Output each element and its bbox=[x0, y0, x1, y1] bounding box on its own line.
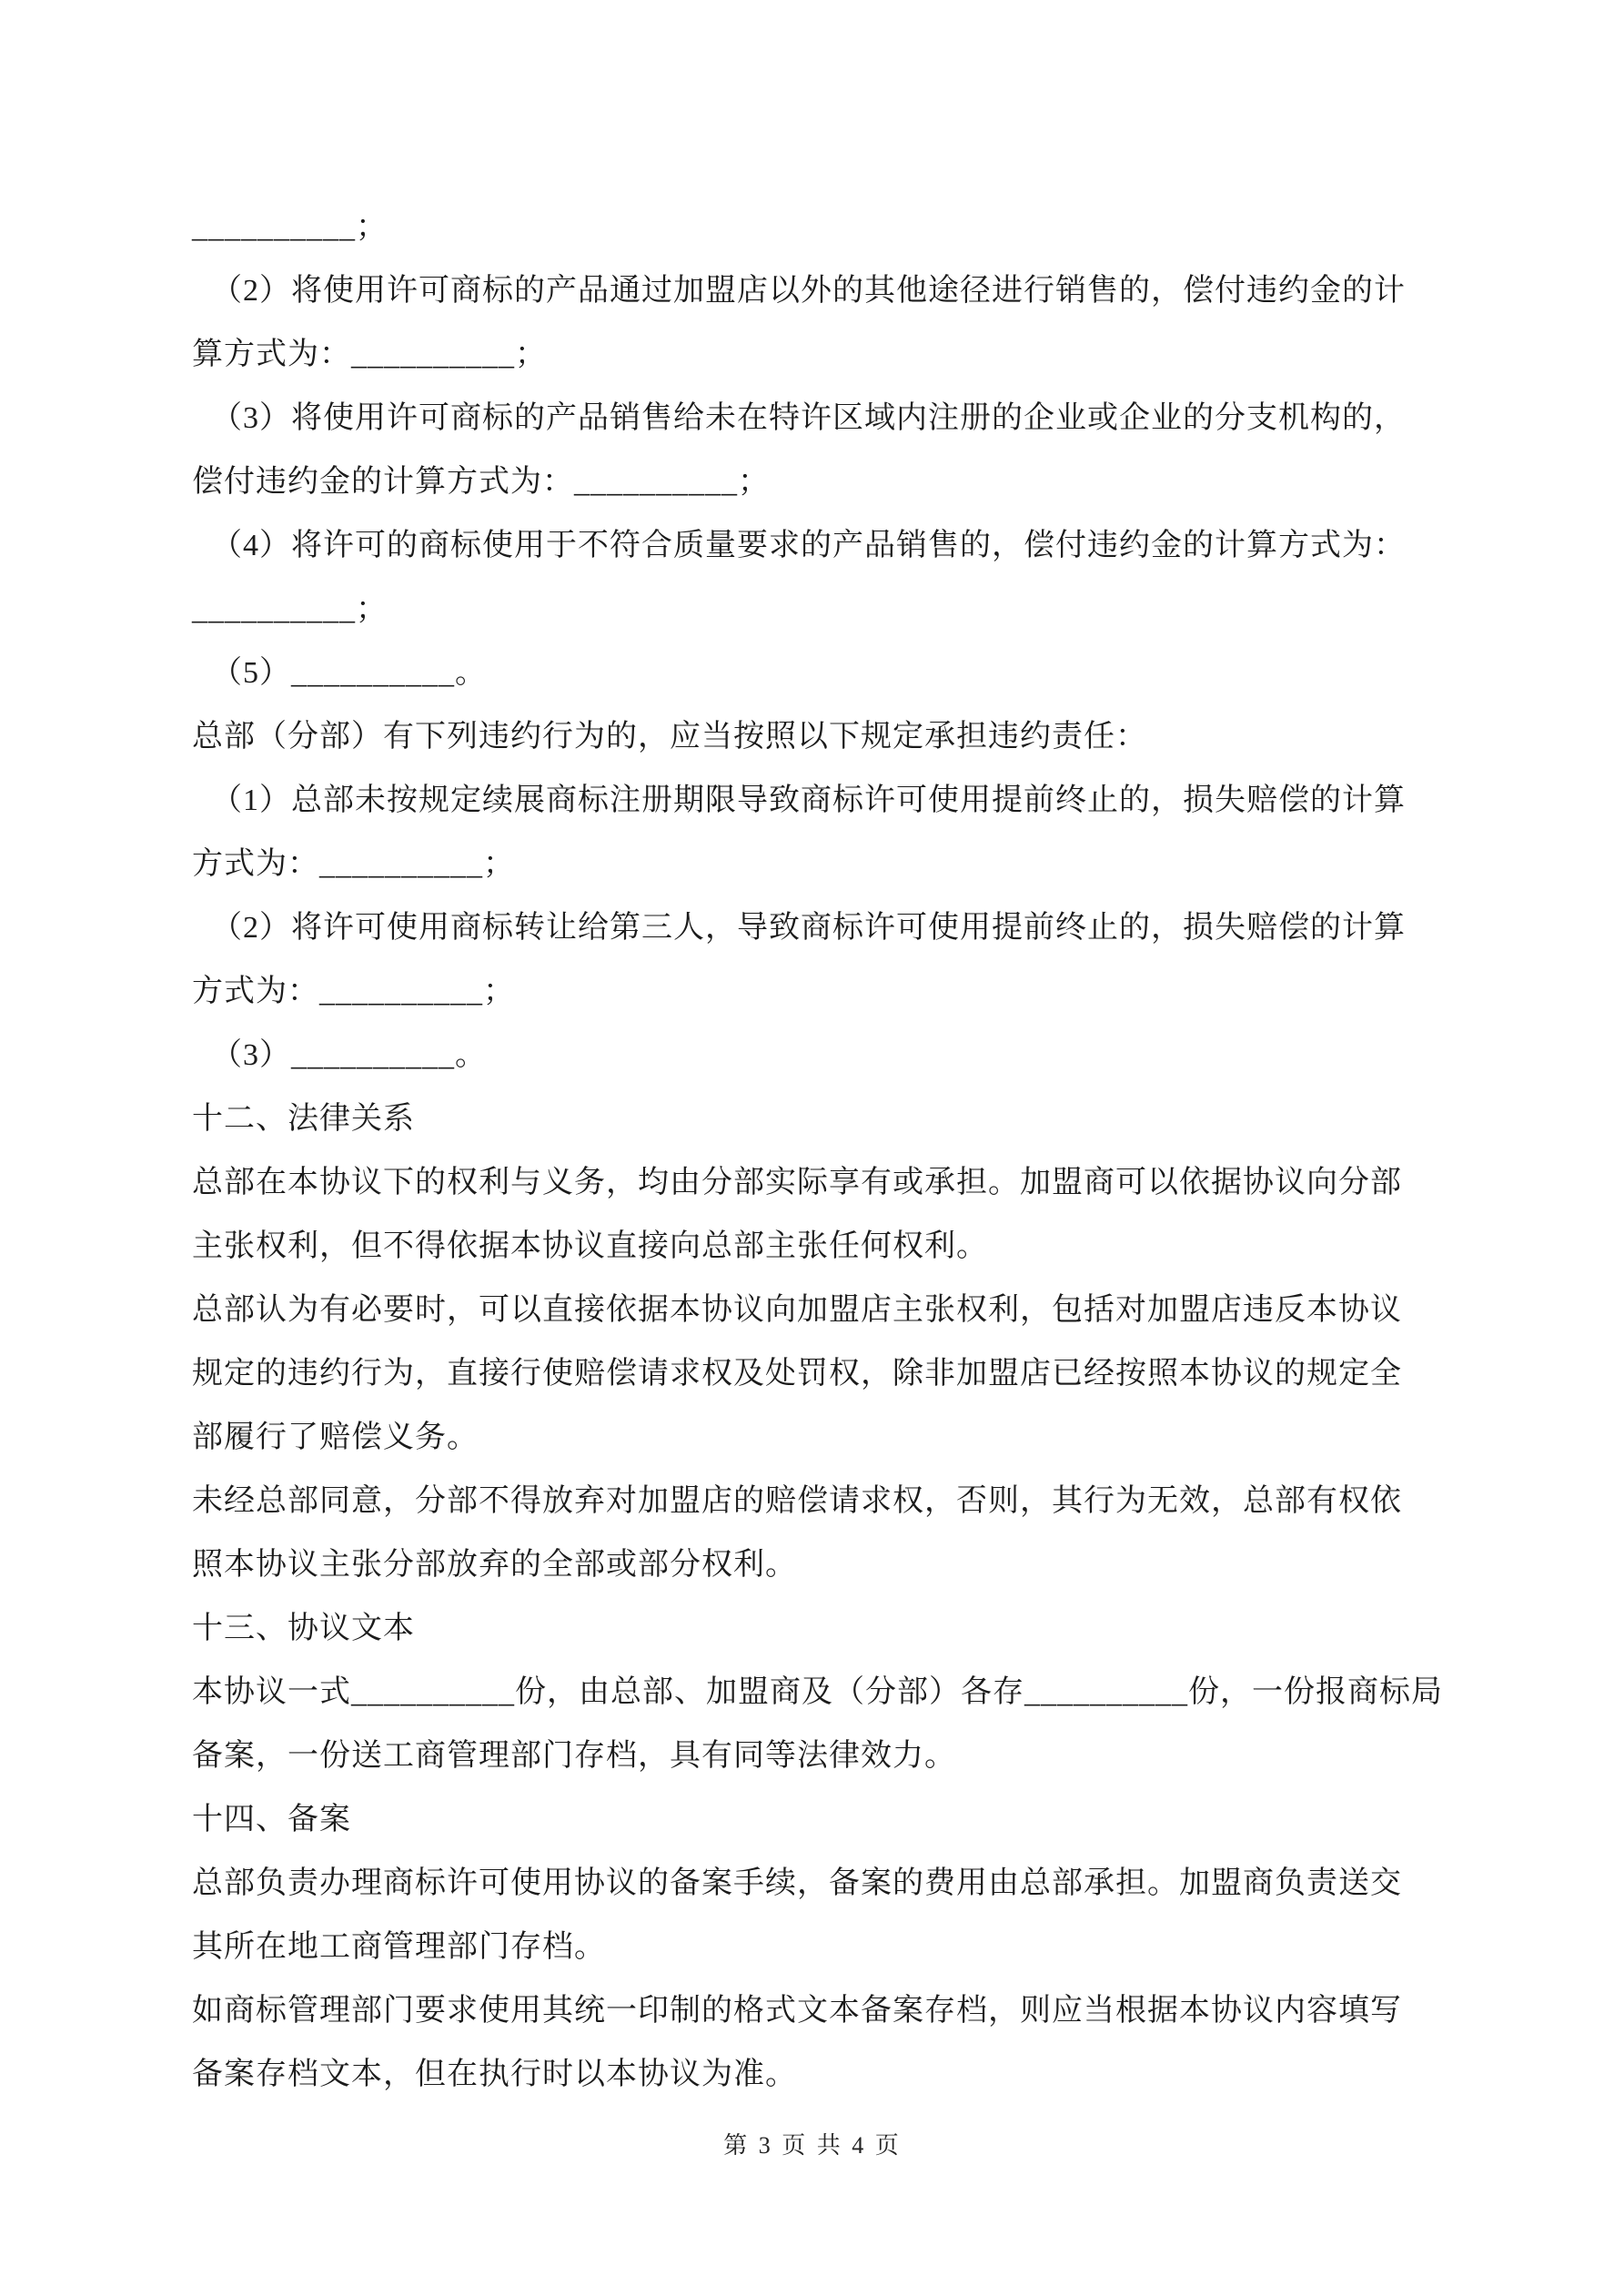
paragraph-line: 如商标管理部门要求使用其统一印制的格式文本备案存档，则应当根据本协议内容填写 bbox=[192, 1979, 1433, 2043]
numbered-clause-line: （2）将许可使用商标转让给第三人，导致商标许可使用提前终止的，损失赔偿的计算 bbox=[192, 896, 1433, 960]
paragraph-line: 部履行了赔偿义务。 bbox=[192, 1406, 1433, 1470]
paragraph-line: 总部负责办理商标许可使用协议的备案手续，备案的费用由总部承担。加盟商负责送交 bbox=[192, 1852, 1433, 1916]
section-heading: 十二、法律关系 bbox=[192, 1087, 1433, 1151]
section-heading: 十三、协议文本 bbox=[192, 1597, 1433, 1661]
paragraph-line: 总部认为有必要时，可以直接依据本协议向加盟店主张权利，包括对加盟店违反本协议 bbox=[192, 1279, 1433, 1342]
paragraph-line: 备案存档文本，但在执行时以本协议为准。 bbox=[192, 2043, 1433, 2107]
blank-fill-line: __________； bbox=[192, 196, 1433, 259]
page-number: 第 3 页 共 4 页 bbox=[192, 2114, 1433, 2178]
numbered-clause-line: （1）总部未按规定续展商标注册期限导致商标许可使用提前终止的，损失赔偿的计算 bbox=[192, 769, 1433, 833]
clause-continuation-line: 方式为：__________； bbox=[192, 960, 1433, 1024]
blank-fill-line: __________； bbox=[192, 578, 1433, 642]
numbered-clause-line: （3）将使用许可商标的产品销售给未在特许区域内注册的企业或企业的分支机构的， bbox=[192, 387, 1433, 450]
clause-continuation-line: 方式为：__________； bbox=[192, 833, 1433, 896]
numbered-clause-line: （3）__________。 bbox=[192, 1024, 1433, 1087]
numbered-clause-line: （4）将许可的商标使用于不符合质量要求的产品销售的，偿付违约金的计算方式为： bbox=[192, 514, 1433, 578]
numbered-clause-line: （5）__________。 bbox=[192, 642, 1433, 705]
paragraph-line: 规定的违约行为，直接行使赔偿请求权及处罚权，除非加盟店已经按照本协议的规定全 bbox=[192, 1342, 1433, 1406]
paragraph-line: 备案，一份送工商管理部门存档，具有同等法律效力。 bbox=[192, 1725, 1433, 1788]
paragraph-line: 未经总部同意，分部不得放弃对加盟店的赔偿请求权，否则，其行为无效，总部有权依 bbox=[192, 1470, 1433, 1533]
clause-continuation-line: 偿付违约金的计算方式为：__________； bbox=[192, 450, 1433, 514]
paragraph-line: 主张权利，但不得依据本协议直接向总部主张任何权利。 bbox=[192, 1215, 1433, 1279]
paragraph-line: 照本协议主张分部放弃的全部或部分权利。 bbox=[192, 1533, 1433, 1597]
paragraph-line: 总部（分部）有下列违约行为的，应当按照以下规定承担违约责任： bbox=[192, 705, 1433, 769]
paragraph-line: 总部在本协议下的权利与义务，均由分部实际享有或承担。加盟商可以依据协议向分部 bbox=[192, 1151, 1433, 1215]
numbered-clause-line: （2）将使用许可商标的产品通过加盟店以外的其他途径进行销售的，偿付违约金的计 bbox=[192, 259, 1433, 323]
paragraph-line: 本协议一式__________份，由总部、加盟商及（分部）各存_________… bbox=[192, 1661, 1433, 1725]
paragraph-line: 其所在地工商管理部门存档。 bbox=[192, 1916, 1433, 1979]
section-heading: 十四、备案 bbox=[192, 1788, 1433, 1852]
clause-continuation-line: 算方式为：__________； bbox=[192, 323, 1433, 387]
document-page: __________； （2）将使用许可商标的产品通过加盟店以外的其他途径进行销… bbox=[0, 0, 1624, 2296]
